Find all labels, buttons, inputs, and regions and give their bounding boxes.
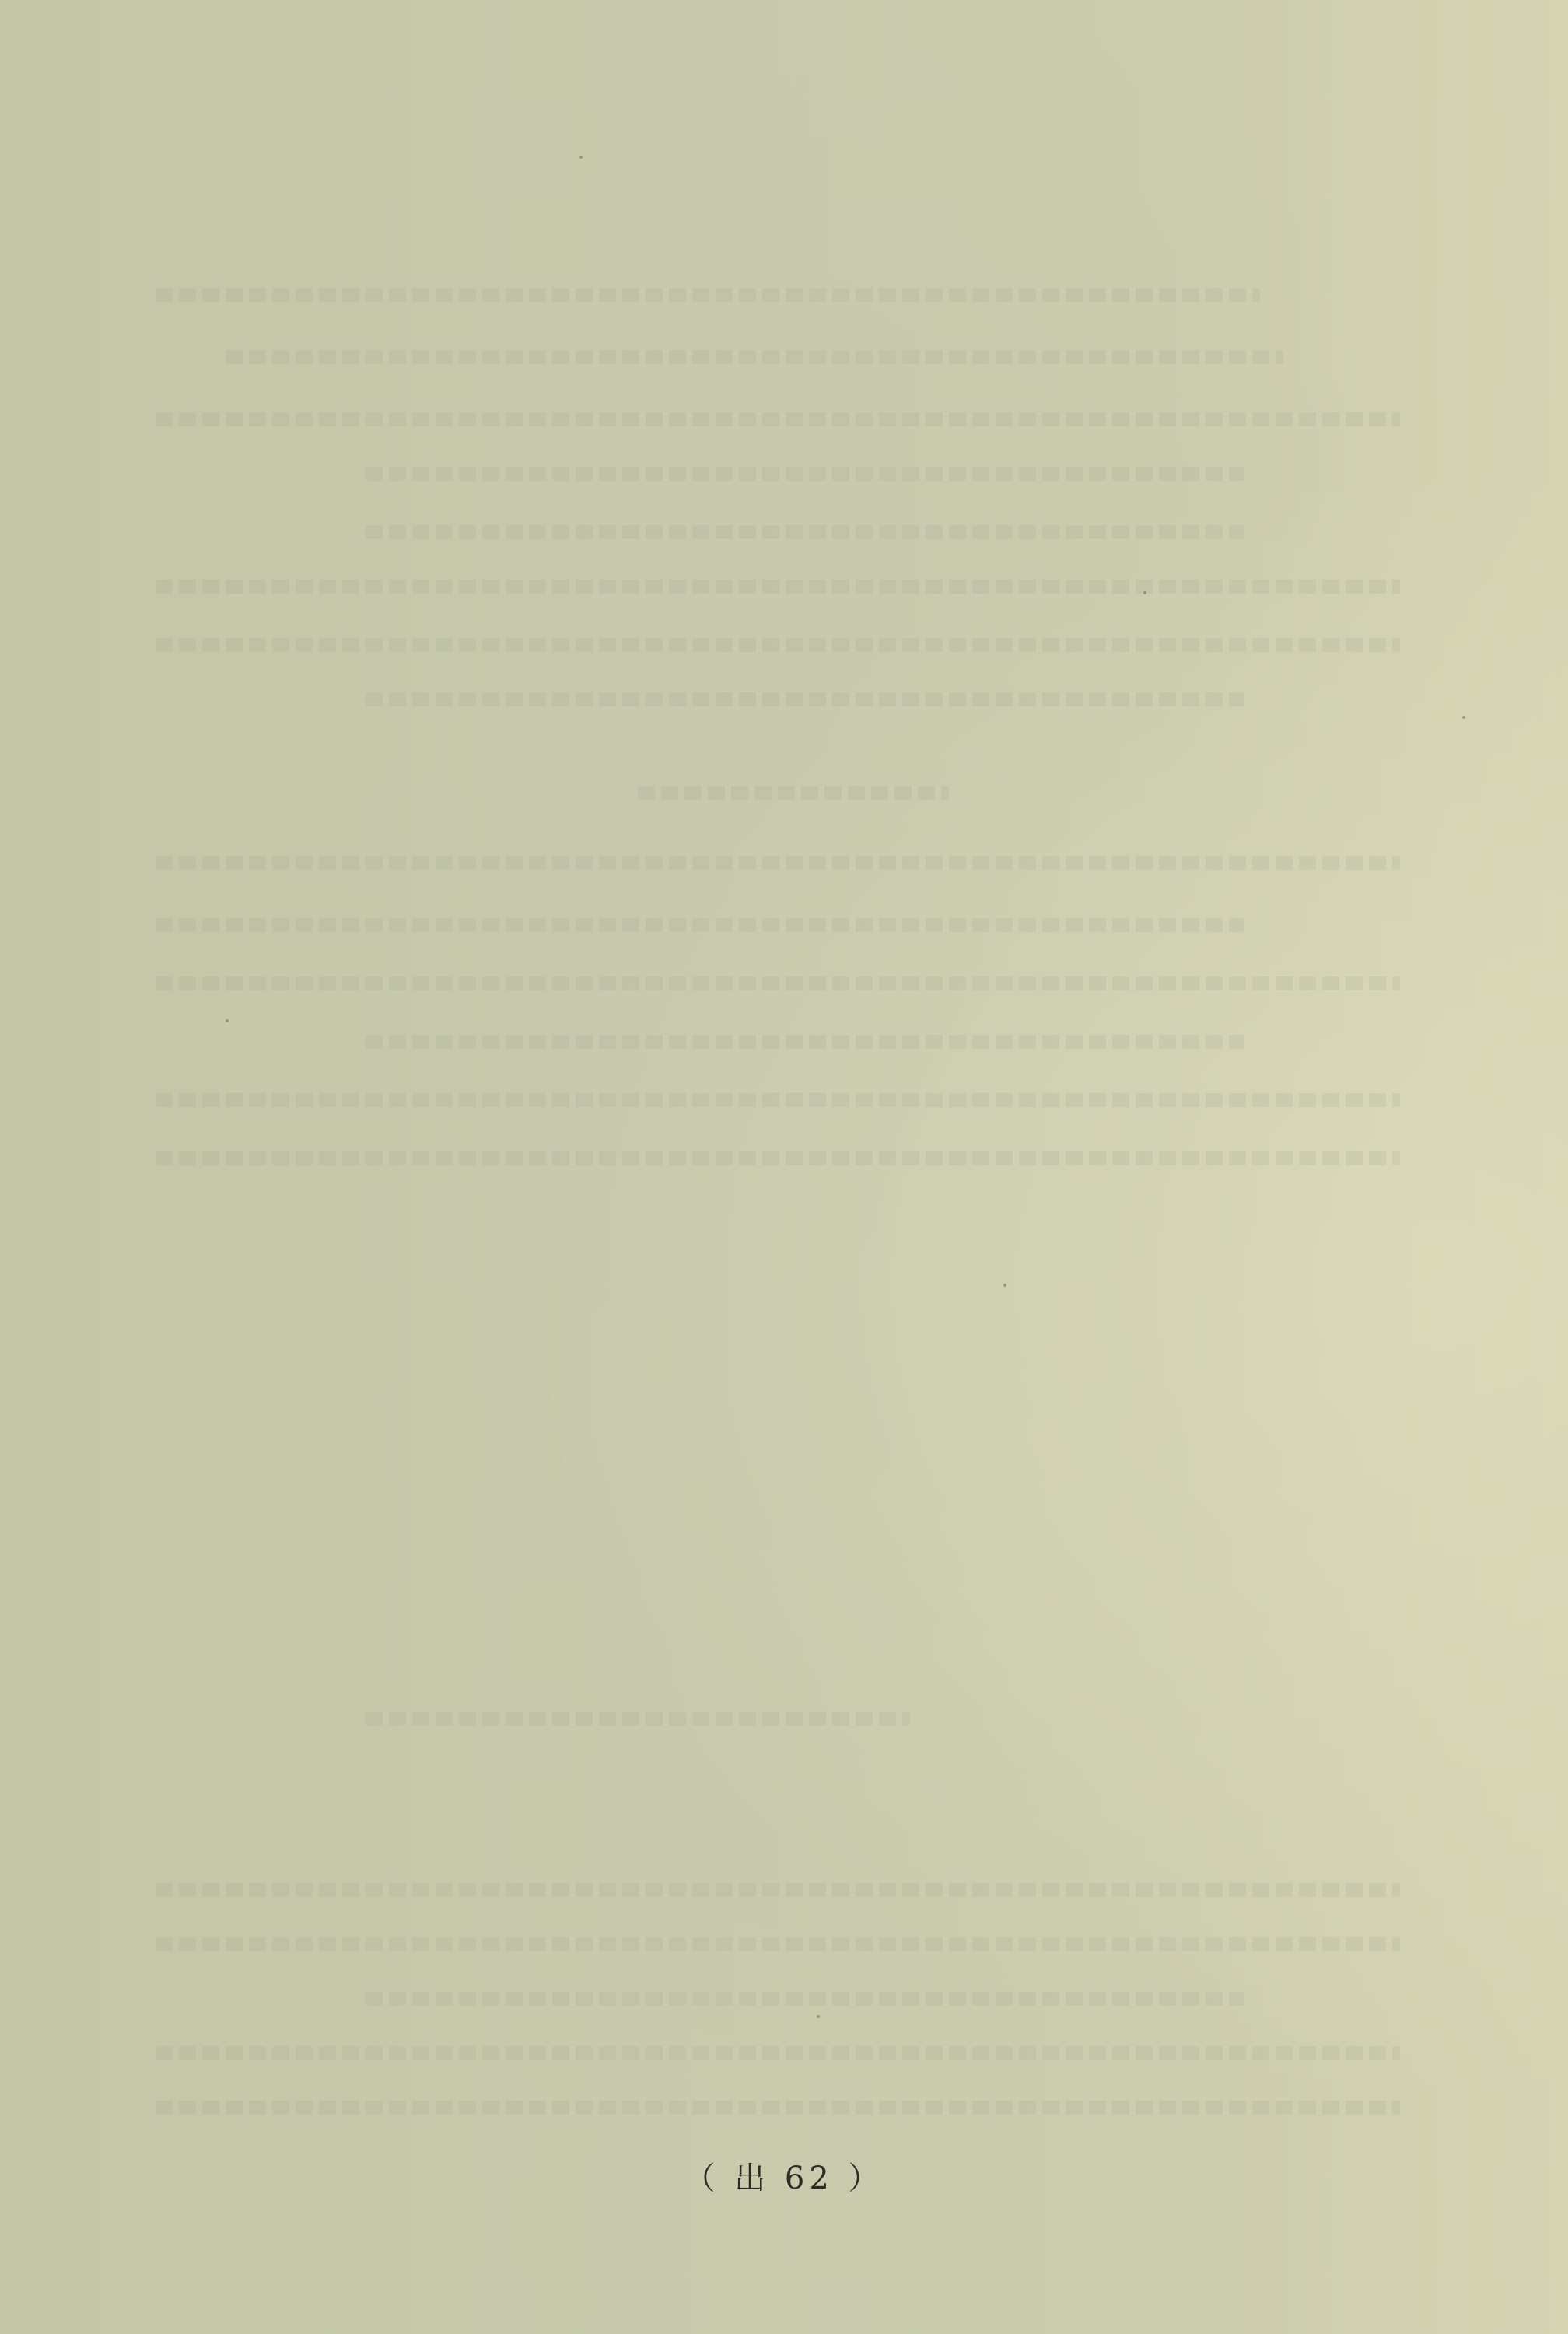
- footer-close-paren: ）: [849, 2154, 884, 2198]
- paper-speck: [817, 2015, 820, 2018]
- footer-open-paren: （: [684, 2154, 719, 2198]
- paper-speck: [226, 1019, 229, 1022]
- page-number: 62: [785, 2161, 834, 2196]
- page-number-footer: （ 出 62 ）: [0, 2154, 1568, 2198]
- bleed-through-text: [0, 0, 1568, 2334]
- footer-prefix: 出: [734, 2154, 770, 2198]
- scanned-page: （ 出 62 ）: [0, 0, 1568, 2334]
- paper-speck: [1143, 591, 1146, 594]
- paper-speck: [1462, 716, 1465, 719]
- paper-speck: [1003, 1284, 1006, 1287]
- paper-speck: [579, 156, 583, 159]
